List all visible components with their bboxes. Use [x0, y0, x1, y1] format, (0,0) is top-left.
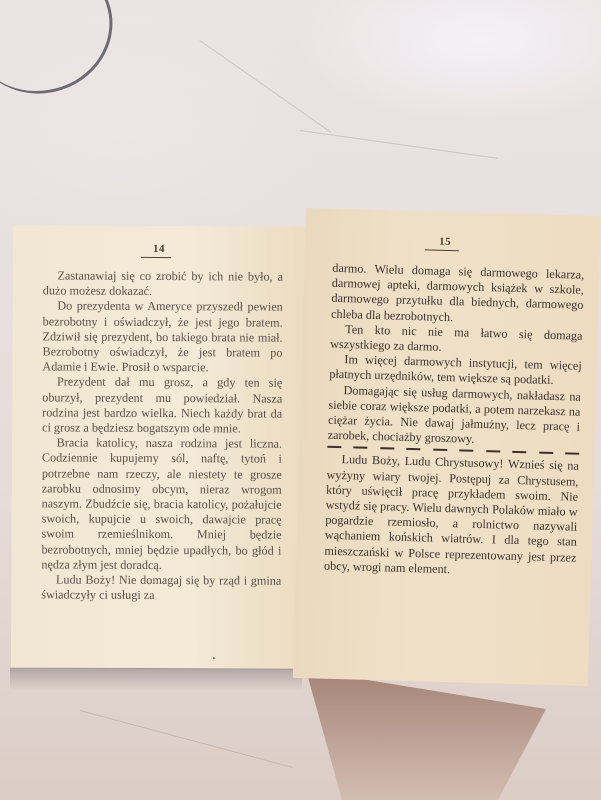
paragraph: Ludu Boży! Nie domagaj się by rząd i gmi…	[41, 572, 281, 604]
paragraph: Prezydent dał mu grosz, a gdy ten się ob…	[42, 375, 282, 437]
page-number: 14	[153, 243, 165, 255]
page-number-rule	[425, 249, 459, 251]
page-body: Zastanawiaj się co zrobić by ich nie był…	[41, 268, 283, 604]
page-shadow	[10, 668, 302, 690]
paragraph: Do prezydenta w Ameryce przyszedł pewien…	[42, 299, 282, 376]
paragraph: Zastanawiaj się co zrobić by ich nie był…	[43, 268, 283, 300]
paragraph: Ludu Boży, Ludu Chrystusowy! Wznieś się …	[324, 452, 579, 581]
paragraph: Domagając się usług darmowych, nakładasz…	[327, 382, 581, 450]
page-number: 15	[439, 236, 451, 248]
paper-speck	[213, 657, 215, 659]
paragraph: darmo. Wielu domaga się darmowego lekarz…	[331, 261, 585, 329]
right-page: 15 darmo. Wielu domaga się darmowego lek…	[293, 208, 601, 686]
page-body: darmo. Wielu domaga się darmowego lekarz…	[324, 261, 585, 581]
paragraph: Bracia katolicy, nasza rodzina jest licz…	[41, 436, 282, 574]
page-number-rule	[141, 257, 171, 258]
left-page: 14 Zastanawiaj się co zrobić by ich nie …	[11, 225, 305, 669]
